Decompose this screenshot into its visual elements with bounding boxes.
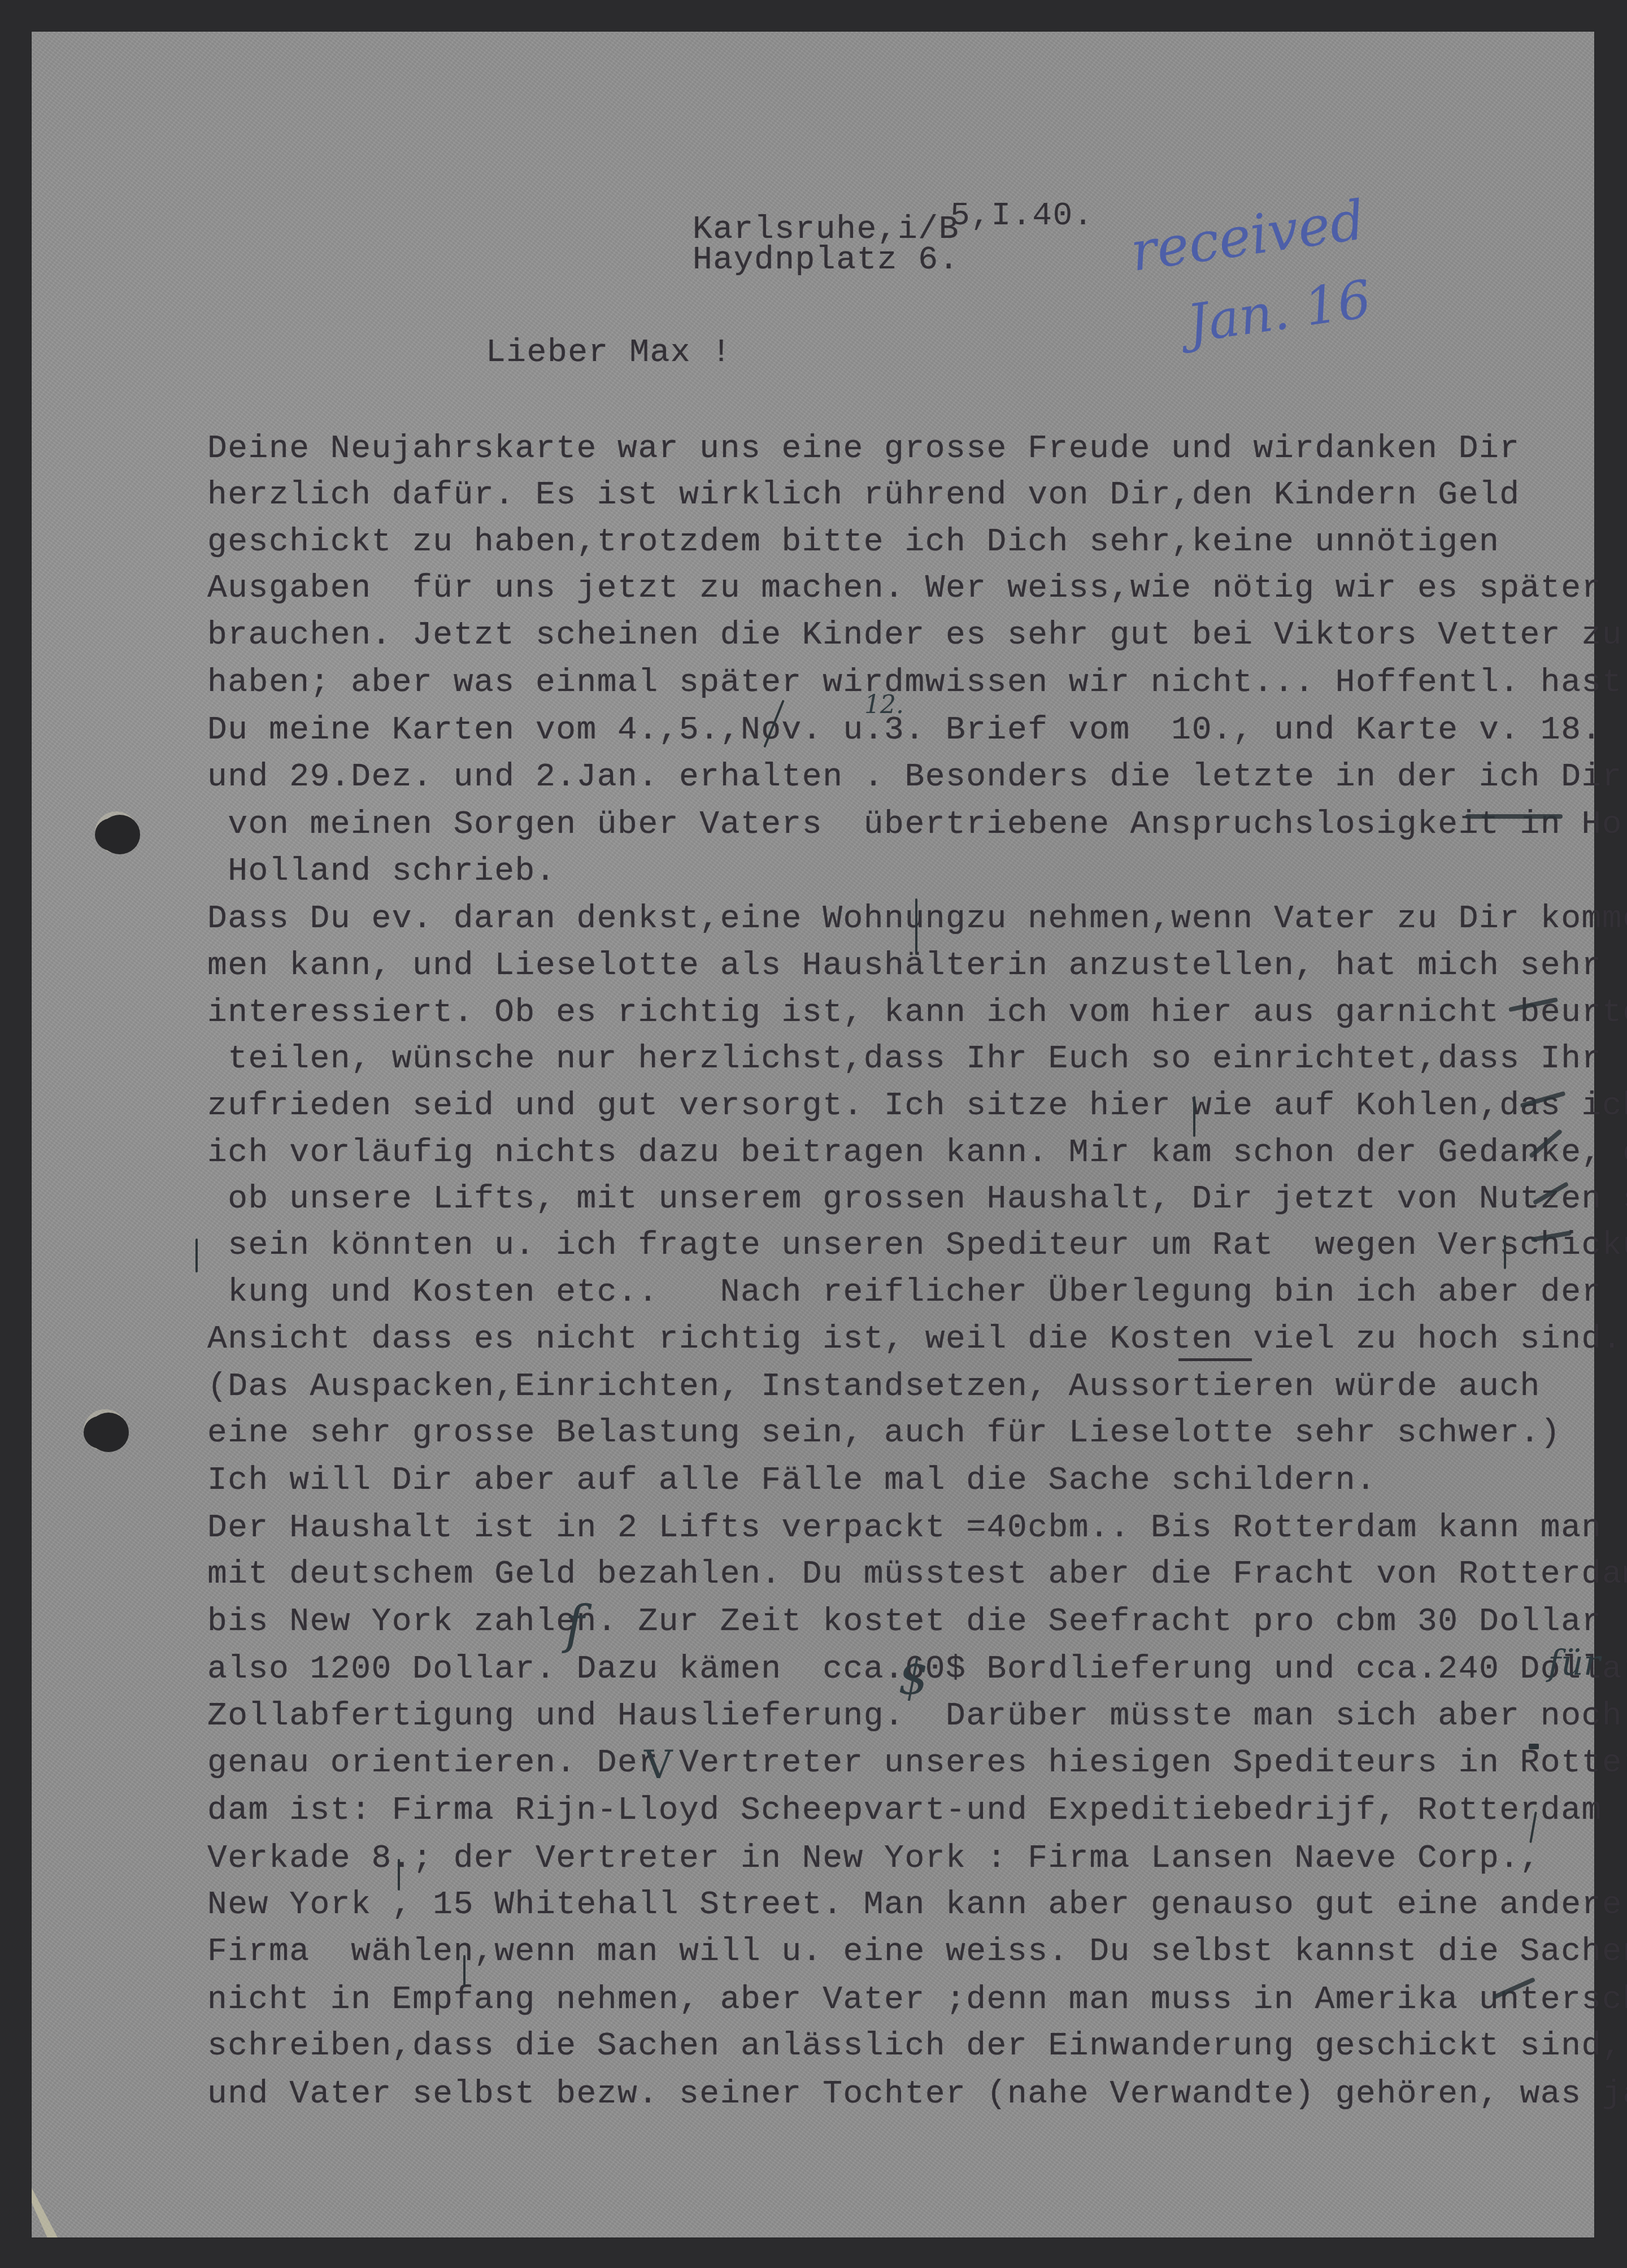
header-address: Haydnplatz 6. (693, 244, 959, 277)
underline-viel (1178, 1358, 1252, 1361)
body-line: Deine Neujahrskarte war uns eine grosse … (207, 433, 1520, 466)
body-line: interessiert. Ob es richtig ist, kann ic… (207, 997, 1627, 1029)
body-line: teilen, wünsche nur herzlichst,dass Ihr … (207, 1043, 1602, 1076)
body-line: Du meine Karten vom 4.,5.,Nov. u.3. Brie… (207, 714, 1602, 747)
separator-mark (1504, 1235, 1506, 1269)
margin-fuer-note: für (1548, 1642, 1600, 1683)
body-line: eine sehr grosse Belastung sein, auch fü… (207, 1417, 1561, 1450)
body-line: Ich will Dir aber auf alle Fälle mal die… (207, 1465, 1376, 1497)
body-line: herzlich dafür. Es ist wirklich rührend … (207, 479, 1520, 512)
dollar-insert-note: $ (898, 1650, 928, 1705)
seefracht-insert-note: f (565, 1594, 584, 1655)
body-line: nicht in Empfang nehmen, aber Vater ;den… (207, 1984, 1627, 2017)
punch-hole-upper (99, 815, 140, 854)
body-line: Ansicht dass es nicht richtig ist, weil … (207, 1323, 1622, 1356)
body-line: zufrieden seid und gut versorgt. Ich sit… (207, 1090, 1627, 1123)
salutation: Lieber Max ! (486, 337, 732, 370)
strikethrough-holl (1465, 814, 1563, 819)
punch-hole-lower (88, 1413, 129, 1452)
body-line: ob unsere Lifts, mit unserem grossen Hau… (207, 1183, 1627, 1216)
body-line: mit deutschem Geld bezahlen. Du müsstest… (207, 1558, 1627, 1591)
body-line: kung und Kosten etc.. Nach reiflicher Üb… (207, 1276, 1602, 1309)
body-line: men kann, und Lieselotte als Haushälteri… (207, 950, 1602, 983)
separator-mark (1193, 1096, 1195, 1137)
body-line: schreiben,dass die Sachen anlässlich der… (207, 2030, 1622, 2063)
body-line: Der Haushalt ist in 2 Lifts verpackt =40… (207, 1512, 1602, 1545)
header-date: 5,I.40. (950, 198, 1094, 234)
body-line: geschickt zu haben,trotzdem bitte ich Di… (207, 526, 1499, 559)
body-line: von meinen Sorgen über Vaters übertriebe… (207, 809, 1627, 841)
separator-mark (463, 1955, 466, 1987)
body-line: brauchen. Jetzt scheinen die Kinder es s… (207, 619, 1622, 652)
vertreter-v-note: V (644, 1741, 673, 1788)
body-line: und 29.Dez. und 2.Jan. erhalten . Besond… (207, 761, 1627, 794)
body-line: Holland schrieb. (207, 855, 556, 888)
body-line: Ausgaben für uns jetzt zu machen. Wer we… (207, 572, 1602, 605)
separator-mark (915, 898, 917, 955)
body-line: sein könnten u. ich fragte unseren Spedi… (207, 1229, 1627, 1262)
body-line: Firma wählen,wenn man will u. eine weiss… (207, 1936, 1627, 1969)
body-line: (Das Auspacken,Einrichten, Instandsetzen… (207, 1371, 1541, 1404)
separator-mark (195, 1239, 198, 1272)
body-line: ich vorläufig nichts dazu beitragen kann… (207, 1137, 1627, 1170)
body-line: genau orientieren. Der Vertreter unseres… (207, 1747, 1627, 1780)
separator-mark (398, 1859, 400, 1891)
body-line: haben; aber was einmal später wirdmwisse… (207, 667, 1622, 699)
body-line: dam ist: Firma Rijn-Lloyd Scheepvart-und… (207, 1795, 1602, 1827)
body-line: und Vater selbst bezw. seiner Tochter (n… (207, 2078, 1627, 2111)
body-line: bis New York zahlen. Zur Zeit kostet die… (207, 1606, 1602, 1639)
separator-mark (1529, 1744, 1539, 1749)
body-line: New York , 15 Whitehall Street. Man kann… (207, 1889, 1622, 1922)
date-insert-note: 12. (864, 690, 904, 719)
body-line: Verkade 8.; der Vertreter in New York : … (207, 1843, 1541, 1875)
